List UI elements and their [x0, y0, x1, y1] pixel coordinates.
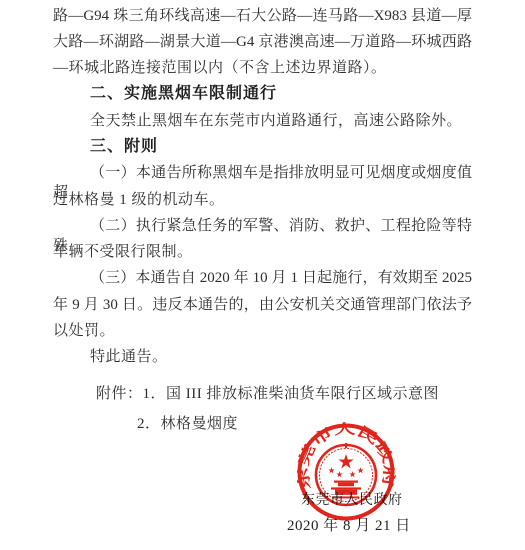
section-2-body: 全天禁止黑烟车在东莞市内道路通行，高速公路除外。: [90, 111, 462, 131]
road-list-line-1: 路—G94 珠三角环线高速—石大公路—连马路—X983 县道—厚: [53, 6, 472, 26]
issue-date: 2020 年 8 月 21 日: [287, 514, 411, 535]
clause-3-line-2: 年 9 月 30 日。违反本通告的，由公安机关交通管理部门依法予: [53, 295, 472, 315]
clause-3-line-1: （三）本通告自 2020 年 10 月 1 日起施行，有效期至 2025: [53, 268, 472, 288]
attachment-item-2: 2．林格曼烟度: [137, 414, 238, 434]
clause-3-line-3: 以处罚。: [53, 321, 115, 341]
road-list-line-3: —环城北路连接范围以内（不含上述边界道路）。: [53, 58, 387, 78]
seal-arc-text: 东莞市人民政府: [294, 421, 398, 491]
road-list-line-2: 大路—环湖路—湖景大道—G4 京港澳高速—万道路—环城西路: [53, 32, 472, 52]
issuing-agency-name: 东莞市人民政府: [301, 489, 403, 509]
section-heading-3: 三、附则: [90, 137, 158, 157]
attachment-item-1: 附件：1．国 III 排放标准柴油货车限行区域示意图: [96, 384, 439, 404]
notice-document-page: 路—G94 珠三角环线高速—石大公路—连马路—X983 县道—厚 大路—环湖路—…: [0, 0, 525, 550]
clause-2-line-2: 车辆不受限行限制。: [53, 242, 193, 262]
clause-1-line-2: 过林格曼 1 级的机动车。: [53, 190, 225, 210]
section-heading-2: 二、实施黑烟车限制通行: [90, 84, 277, 104]
closing-line: 特此通告。: [90, 347, 168, 367]
